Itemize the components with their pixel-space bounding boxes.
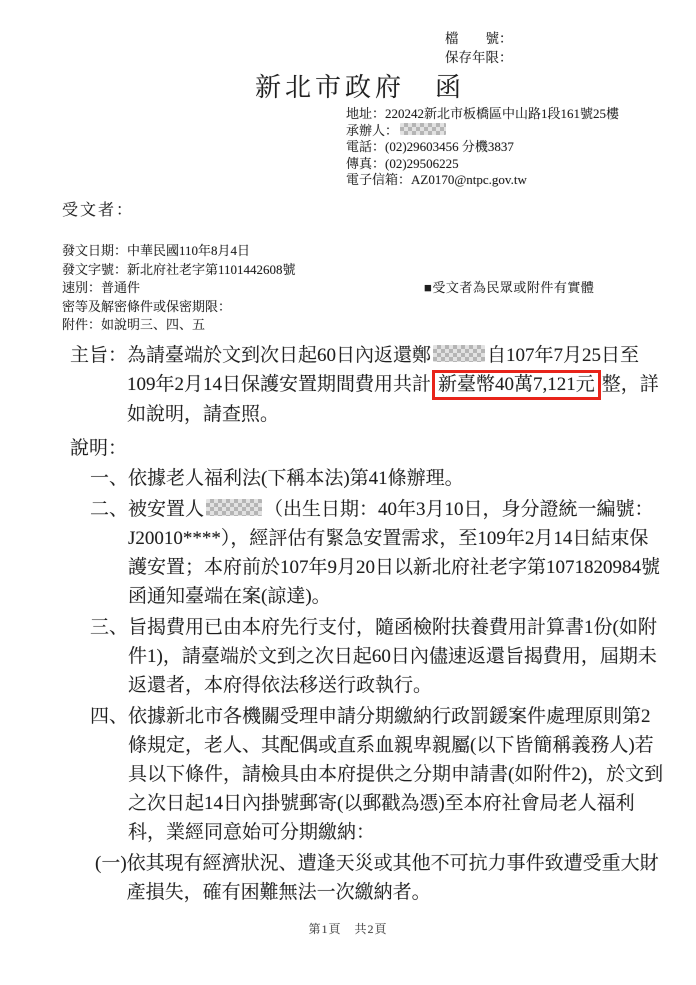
- item-number: 二、: [90, 495, 128, 524]
- explanation-item-4: 四、 依據新北市各機關受理申請分期繳納行政罰鍰案件處理原則第2條規定，老人、其配…: [90, 702, 667, 847]
- recipient-label: 受文者：: [62, 197, 134, 220]
- person-name-redaction: [433, 345, 485, 362]
- sender-address: 地址：220242新北市板橋區中山路1段161號25樓: [346, 106, 619, 123]
- file-number-label: 檔 號：: [445, 29, 513, 48]
- sender-fax: 傳真：(02)29506225: [346, 156, 619, 173]
- sender-info-block: 地址：220242新北市板橋區中山路1段161號25樓 承辦人： 電話：(02)…: [346, 106, 619, 189]
- sender-email: 電子信箱：AZ0170@ntpc.gov.tw: [346, 172, 619, 189]
- subject-text: 為請臺端於文到次日起60日內返還鄭自107年7月25日至109年2月14日保護安…: [127, 341, 667, 429]
- item-text: 依據新北市各機關受理申請分期繳納行政罰鍰案件處理原則第2條規定，老人、其配偶或直…: [128, 702, 667, 847]
- retention-period-label: 保存年限：: [445, 48, 513, 67]
- recipient-entity-note: ■受文者為民眾或附件有實體: [424, 277, 594, 296]
- contact-name-redaction: [400, 123, 446, 135]
- doc-number: 發文字號：新北府社老字第1101442608號: [62, 261, 296, 280]
- item-text: 旨揭費用已由本府先行支付，隨函檢附扶養費用計算書1份(如附件1)，請臺端於文到之…: [128, 613, 667, 700]
- explanation-label: 說明：: [70, 434, 667, 463]
- item-text: 依據老人福利法(下稱本法)第41條辦理。: [128, 464, 667, 493]
- explanation-item-1: 一、 依據老人福利法(下稱本法)第41條辦理。: [90, 464, 667, 493]
- item-number: 四、: [90, 702, 128, 731]
- subject-label: 主旨：: [70, 341, 127, 370]
- sender-phone: 電話：(02)29603456 分機3837: [346, 139, 619, 156]
- item-text: 被安置人（出生日期：40年3月10日，身分證統一編號：J20010****），經…: [128, 495, 667, 611]
- explanation-item-2: 二、 被安置人（出生日期：40年3月10日，身分證統一編號：J20010****…: [90, 495, 667, 611]
- explanation-item-4-sub-1: (一) 依其現有經濟狀況、遭逢天災或其他不可抗力事件致遭受重大財產損失，確有困難…: [95, 849, 667, 907]
- contact-person-label: 承辦人：: [346, 123, 398, 138]
- sender-contact-line: 承辦人：: [346, 123, 619, 140]
- speed-class: 速別：普通件: [62, 279, 296, 298]
- page-footer: 第1頁 共2頁: [0, 920, 696, 937]
- subject-text-before: 為請臺端於文到次日起60日內返還鄭: [127, 345, 431, 366]
- subitem-number: (一): [95, 849, 127, 878]
- item-number: 一、: [90, 464, 128, 493]
- archive-block: 檔 號： 保存年限：: [445, 29, 513, 67]
- letter-body: 主旨： 為請臺端於文到次日起60日內返還鄭自107年7月25日至109年2月14…: [70, 341, 667, 909]
- subitem-text: 依其現有經濟狀況、遭逢天災或其他不可抗力事件致遭受重大財產損失，確有困難無法一次…: [127, 849, 667, 907]
- issue-date: 發文日期：中華民國110年8月4日: [62, 242, 296, 261]
- official-letter-page: 檔 號： 保存年限： 新北市政府 函 地址：220242新北市板橋區中山路1段1…: [0, 0, 696, 985]
- meta-block: 發文日期：中華民國110年8月4日 發文字號：新北府社老字第1101442608…: [62, 242, 296, 335]
- document-title: 新北市政府 函: [12, 67, 696, 104]
- subject-paragraph: 主旨： 為請臺端於文到次日起60日內返還鄭自107年7月25日至109年2月14…: [70, 341, 667, 429]
- item-number: 三、: [90, 613, 128, 642]
- placed-person-name-redaction: [206, 499, 262, 516]
- security-class: 密等及解密條件或保密期限：: [62, 298, 296, 317]
- explanation-item-3: 三、 旨揭費用已由本府先行支付，隨函檢附扶養費用計算書1份(如附件1)，請臺端於…: [90, 613, 667, 700]
- item2-text-before: 被安置人: [128, 499, 204, 520]
- highlighted-amount: 新臺幣40萬7,121元: [432, 370, 601, 400]
- attachment-note: 附件：如說明三、四、五: [62, 316, 296, 335]
